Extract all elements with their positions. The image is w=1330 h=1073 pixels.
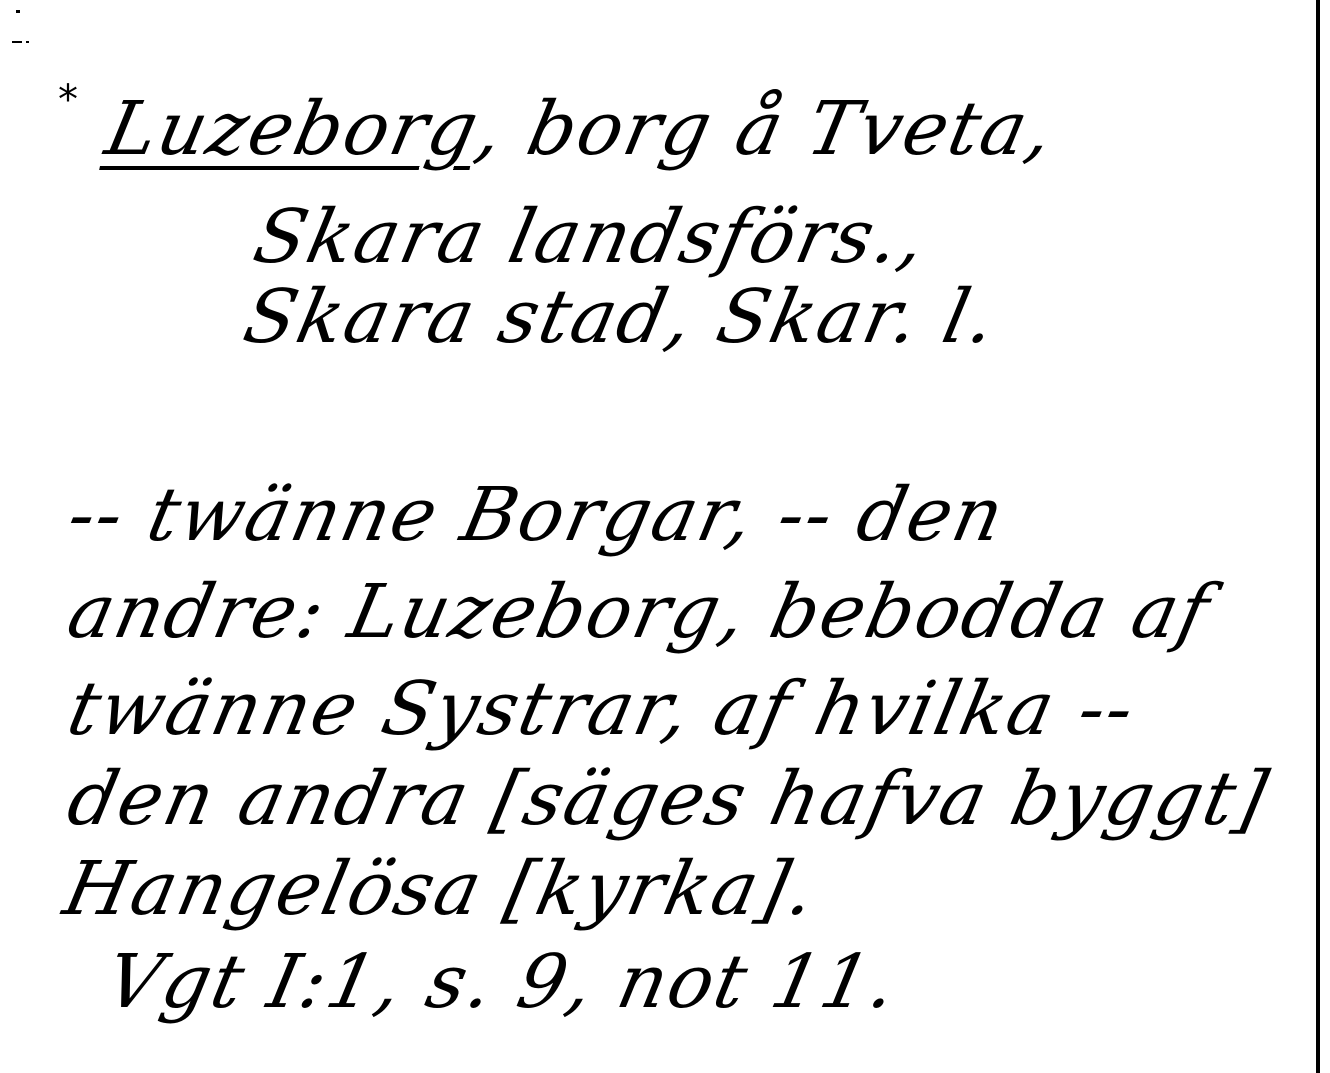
source-citation: Vgt I:1, s. 9, not 11. <box>100 945 904 1019</box>
location-line-1: Skara landsförs., <box>248 200 934 274</box>
quote-line-4: den andra [säges hafva byggt] <box>62 762 1275 836</box>
asterisk-marker: * <box>58 80 78 120</box>
place-name: Luzeborg <box>99 86 488 172</box>
heading-line: Luzeborg, borg å Tveta, <box>100 92 1061 166</box>
scan-speck <box>16 10 20 13</box>
quote-line-2: andre: Luzeborg, bebodda af <box>62 575 1217 649</box>
card-right-border <box>1316 0 1320 1073</box>
scan-speck <box>12 41 22 43</box>
index-card: * Luzeborg, borg å Tveta, Skara landsför… <box>0 0 1330 1073</box>
place-description: , borg å Tveta, <box>469 86 1062 172</box>
scan-speck <box>26 41 29 43</box>
location-line-2: Skara stad, Skar. l. <box>238 280 1004 354</box>
quote-line-5: Hangelösa [kyrka]. <box>58 852 823 926</box>
quote-line-3: twänne Systrar, af hvilka -- <box>62 672 1142 746</box>
quote-line-1: -- twänne Borgar, -- den <box>62 478 1012 552</box>
